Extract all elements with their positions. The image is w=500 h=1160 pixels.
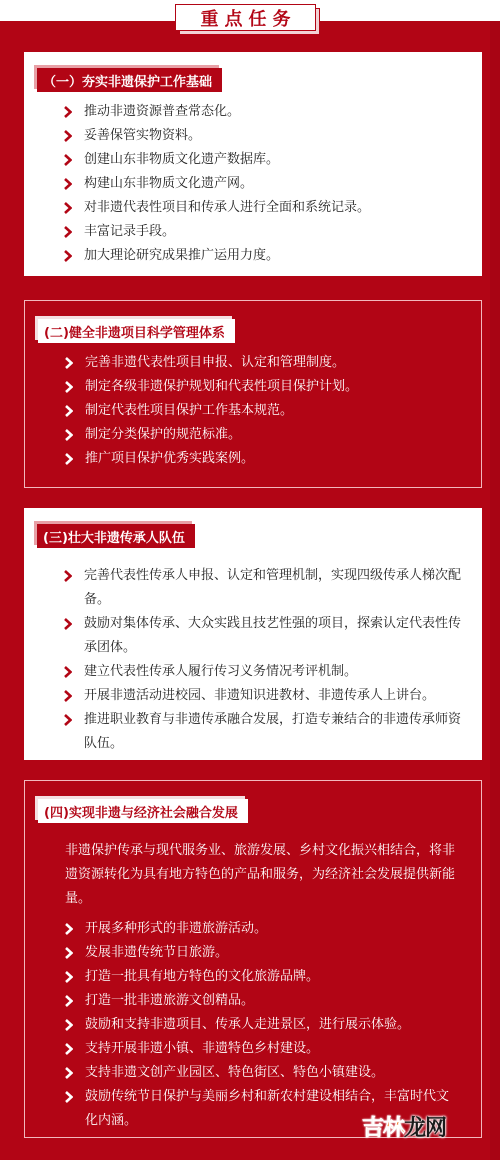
chevron-right-icon	[65, 989, 85, 1013]
chevron-right-icon	[65, 1085, 85, 1109]
section-4-panel: (四)实现非遗与经济社会融合发展 非遗保护传承与现代服务业、旅游发展、乡村文化振…	[24, 780, 482, 1138]
section-1-panel: （一）夯实非遗保护工作基础 推动非遗资源普查常态化。 妥善保管实物资料。 创建山…	[24, 52, 482, 276]
chevron-right-icon	[65, 917, 85, 941]
list-item: 制定各级非遗保护规划和代表性项目保护计划。	[65, 375, 465, 399]
list-item: 支持开展非遗小镇、非遗特色乡村建设。	[65, 1037, 451, 1061]
list-item: 开展非遗活动进校园、非遗知识进教材、非遗传承人上讲台。	[64, 684, 466, 708]
list-item: 鼓励对集体传承、大众实践且技艺性强的项目，探索认定代表性传承团体。	[64, 612, 466, 660]
section-2-panel: (二)健全非遗项目科学管理体系 完善非遗代表性项目申报、认定和管理制度。 制定各…	[24, 300, 482, 488]
list-item: 对非遗代表性项目和传承人进行全面和系统记录。	[64, 196, 466, 220]
chevron-right-icon	[64, 684, 84, 708]
list-item: 制定分类保护的规范标准。	[65, 423, 465, 447]
section-3-list: 完善代表性传承人申报、认定和管理机制，实现四级传承人梯次配备。 鼓励对集体传承、…	[64, 564, 466, 756]
section-1-list: 推动非遗资源普查常态化。 妥善保管实物资料。 创建山东非物质文化遗产数据库。 构…	[64, 100, 466, 268]
section-4-list: 开展多种形式的非遗旅游活动。 发展非遗传统节日旅游。 打造一批具有地方特色的文化…	[65, 917, 451, 1133]
list-item: 推广项目保护优秀实践案例。	[65, 447, 465, 471]
infographic-page: 重点任务 （一）夯实非遗保护工作基础 推动非遗资源普查常态化。 妥善保管实物资料…	[0, 0, 500, 1160]
list-item: 制定代表性项目保护工作基本规范。	[65, 399, 465, 423]
chevron-right-icon	[64, 612, 84, 636]
list-item: 创建山东非物质文化遗产数据库。	[64, 148, 466, 172]
chevron-right-icon	[64, 196, 84, 220]
section-3-panel: (三)壮大非遗传承人队伍 完善代表性传承人申报、认定和管理机制，实现四级传承人梯…	[24, 508, 482, 760]
chevron-right-icon	[65, 447, 85, 471]
list-item: 打造一批非遗旅游文创精品。	[65, 989, 451, 1013]
chevron-right-icon	[65, 399, 85, 423]
list-item: 完善代表性传承人申报、认定和管理机制，实现四级传承人梯次配备。	[64, 564, 466, 612]
list-item: 丰富记录手段。	[64, 220, 466, 244]
list-item: 妥善保管实物资料。	[64, 124, 466, 148]
section-2-list: 完善非遗代表性项目申报、认定和管理制度。 制定各级非遗保护规划和代表性项目保护计…	[65, 351, 465, 471]
right-edge-stripe	[490, 21, 500, 1160]
section-2-title: (二)健全非遗项目科学管理体系	[38, 319, 235, 343]
chevron-right-icon	[64, 172, 84, 196]
list-item: 开展多种形式的非遗旅游活动。	[65, 917, 451, 941]
section-1-title: （一）夯实非遗保护工作基础	[37, 68, 222, 92]
section-3-title: (三)壮大非遗传承人队伍	[37, 524, 195, 548]
title-banner: 重点任务	[175, 4, 316, 31]
list-item: 加大理论研究成果推广运用力度。	[64, 244, 466, 268]
list-item: 建立代表性传承人履行传习义务情况考评机制。	[64, 660, 466, 684]
watermark-part1: 吉林	[362, 1116, 404, 1141]
list-item: 推动非遗资源普查常态化。	[64, 100, 466, 124]
chevron-right-icon	[65, 423, 85, 447]
watermark-logo: 吉林龙网	[362, 1111, 446, 1142]
chevron-right-icon	[65, 1061, 85, 1085]
chevron-right-icon	[65, 1013, 85, 1037]
list-item: 推进职业教育与非遗传承融合发展，打造专兼结合的非遗传承师资队伍。	[64, 708, 466, 756]
chevron-right-icon	[65, 1037, 85, 1061]
list-item: 支持非遗文创产业园区、特色街区、特色小镇建设。	[65, 1061, 451, 1085]
chevron-right-icon	[65, 941, 85, 965]
section-4-title: (四)实现非遗与经济社会融合发展	[38, 799, 248, 823]
chevron-right-icon	[64, 148, 84, 172]
chevron-right-icon	[64, 708, 84, 732]
chevron-right-icon	[64, 244, 84, 268]
list-item: 鼓励和支持非遗项目、传承人走进景区，进行展示体验。	[65, 1013, 451, 1037]
chevron-right-icon	[64, 124, 84, 148]
page-title: 重点任务	[195, 5, 297, 31]
chevron-right-icon	[65, 351, 85, 375]
list-item: 发展非遗传统节日旅游。	[65, 941, 451, 965]
chevron-right-icon	[65, 965, 85, 989]
section-4-intro: 非遗保护传承与现代服务业、旅游发展、乡村文化振兴相结合，将非遗资源转化为具有地方…	[65, 839, 455, 911]
list-item: 完善非遗代表性项目申报、认定和管理制度。	[65, 351, 465, 375]
chevron-right-icon	[64, 220, 84, 244]
watermark-part2: 龙网	[404, 1116, 446, 1141]
chevron-right-icon	[64, 660, 84, 684]
chevron-right-icon	[64, 564, 84, 588]
list-item: 构建山东非物质文化遗产网。	[64, 172, 466, 196]
chevron-right-icon	[65, 375, 85, 399]
chevron-right-icon	[64, 100, 84, 124]
list-item: 打造一批具有地方特色的文化旅游品牌。	[65, 965, 451, 989]
